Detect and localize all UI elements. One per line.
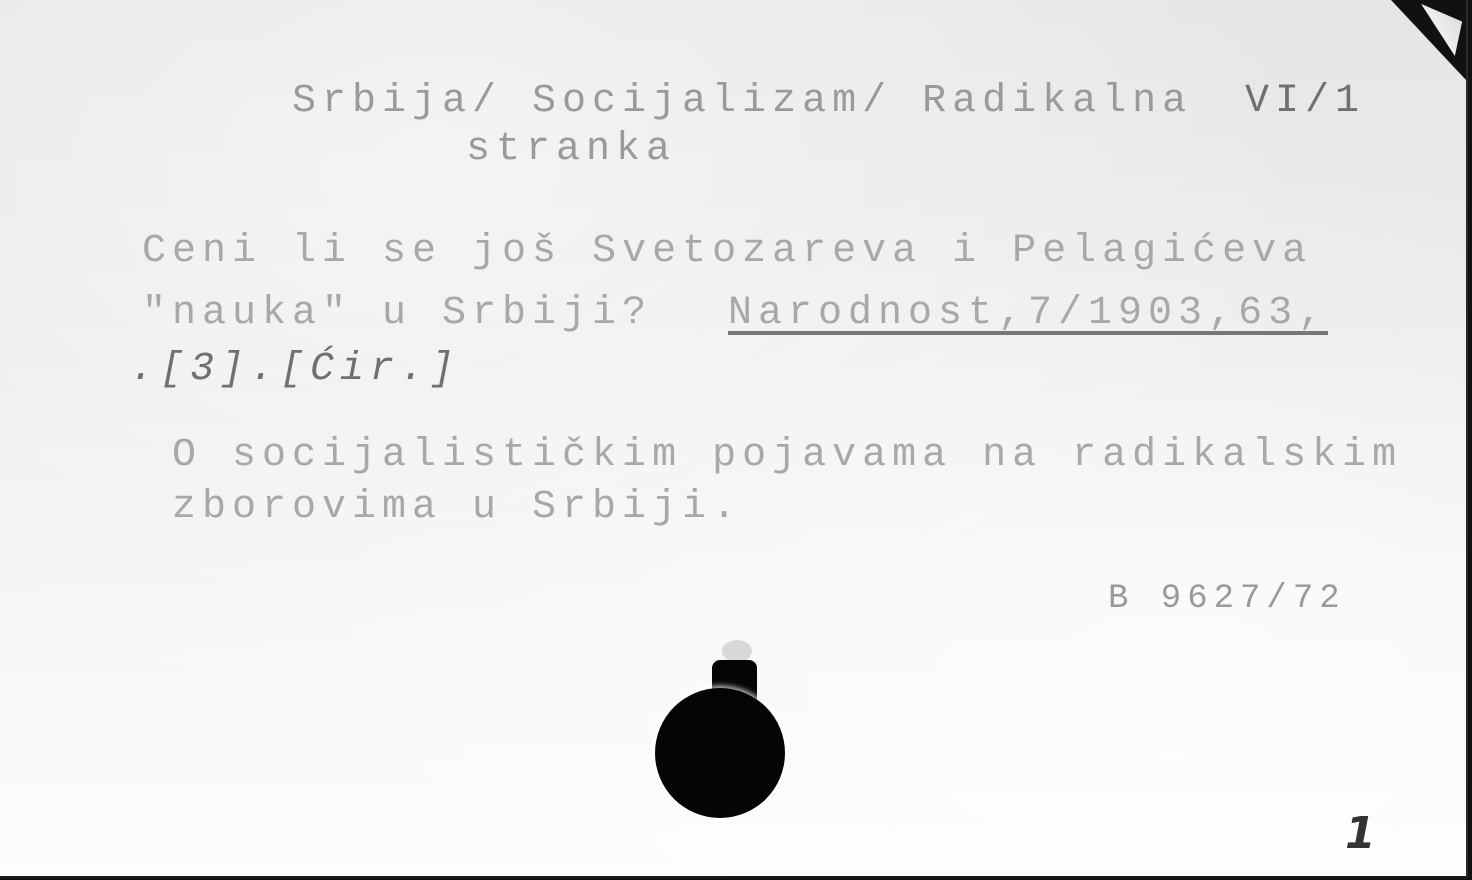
punch-hole-tear bbox=[722, 640, 752, 662]
title-line2-part1: "nauka" u Srbiji? bbox=[142, 294, 652, 334]
subject-heading-line2: stranka bbox=[466, 130, 676, 170]
punch-hole bbox=[655, 688, 785, 818]
title-line3: .[3].[Ćir.] bbox=[130, 350, 460, 390]
classification-code: VI/1 bbox=[1245, 82, 1365, 122]
annotation-line2: zborovima u Srbiji. bbox=[172, 488, 742, 528]
source-citation: Narodnost,7/1903,63, bbox=[728, 294, 1328, 334]
call-number: B 9627/72 bbox=[1108, 582, 1346, 616]
handwritten-number: 1 bbox=[1345, 808, 1376, 859]
annotation-line1: O socijalističkim pojavama na radikalski… bbox=[172, 436, 1402, 476]
title-line1: Ceni li se još Svetozareva i Pelagićeva bbox=[142, 232, 1312, 272]
subject-heading-line1: Srbija/ Socijalizam/ Radikalna bbox=[292, 82, 1192, 122]
catalog-card: Srbija/ Socijalizam/ Radikalna stranka V… bbox=[0, 0, 1468, 879]
